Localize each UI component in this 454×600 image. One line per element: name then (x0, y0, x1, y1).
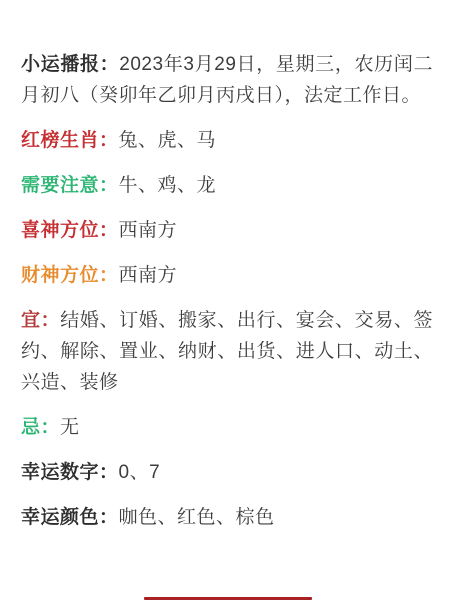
lucky-zodiac-label: 红榜生肖： (21, 130, 119, 151)
daily-fortune-card: 小运播报：2023年3月29日，星期三，农历闰二月初八（癸卯年乙卯月丙戌日），法… (0, 0, 454, 600)
caution-zodiac-label: 需要注意： (21, 175, 119, 196)
suitable-value: 结婚、订婚、搬家、出行、宴会、交易、签约、解除、置业、纳财、出货、进人口、动土、… (21, 310, 433, 393)
lucky-number-label: 幸运数字： (21, 462, 119, 483)
suitable-activities-row: 宜：结婚、订婚、搬家、出行、宴会、交易、签约、解除、置业、纳财、出货、进人口、动… (21, 305, 433, 398)
caution-zodiac-row: 需要注意：牛、鸡、龙 (21, 170, 433, 201)
lucky-color-label: 幸运颜色： (21, 507, 119, 528)
joy-god-direction-row: 喜神方位：西南方 (21, 215, 433, 246)
suitable-label: 宜： (21, 310, 60, 331)
wealth-god-direction-value: 西南方 (119, 265, 178, 286)
avoid-label: 忌： (21, 417, 60, 438)
avoid-activities-row: 忌：无 (21, 412, 433, 443)
broadcast-row: 小运播报：2023年3月29日，星期三，农历闰二月初八（癸卯年乙卯月丙戌日），法… (21, 49, 433, 111)
wealth-god-direction-label: 财神方位： (21, 265, 119, 286)
lucky-color-value: 咖色、红色、棕色 (119, 507, 275, 528)
lucky-zodiac-value: 兔、虎、马 (119, 130, 217, 151)
wealth-god-direction-row: 财神方位：西南方 (21, 260, 433, 291)
lucky-color-row: 幸运颜色：咖色、红色、棕色 (21, 502, 433, 533)
broadcast-label: 小运播报： (21, 54, 119, 75)
caution-zodiac-value: 牛、鸡、龙 (119, 175, 217, 196)
lucky-number-row: 幸运数字：0、7 (21, 457, 433, 488)
joy-god-direction-value: 西南方 (119, 220, 178, 241)
lucky-number-value: 0、7 (119, 462, 161, 483)
joy-god-direction-label: 喜神方位： (21, 220, 119, 241)
lucky-zodiac-row: 红榜生肖：兔、虎、马 (21, 125, 433, 156)
avoid-value: 无 (60, 417, 80, 438)
